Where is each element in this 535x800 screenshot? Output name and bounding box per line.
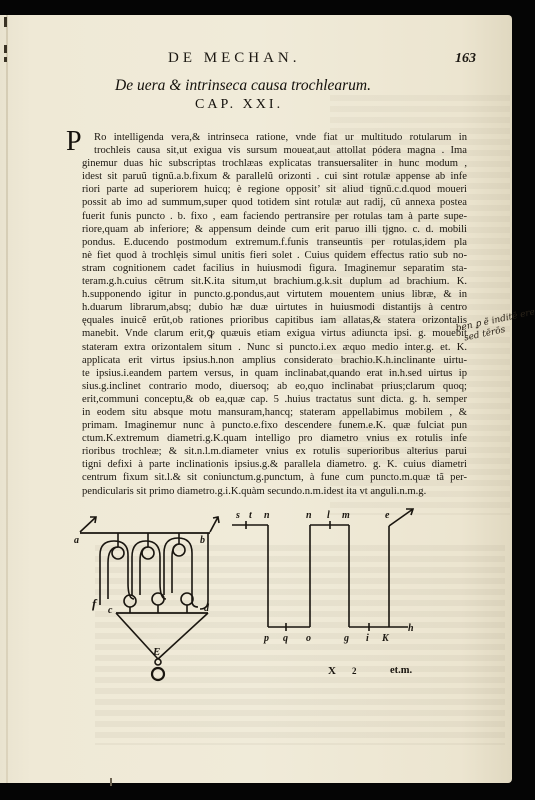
pulley-diagram: a b c d f E — [68, 503, 228, 683]
label-e: E — [152, 646, 160, 658]
text-line: trochleis causa sit,ut exigua vis sursum… — [82, 144, 467, 157]
body-text: Ro intelligenda vera,& intrinseca ration… — [82, 131, 467, 498]
label-v: n — [264, 510, 270, 521]
text-line: h.supponendo igitur in puncto.g.pondus,a… — [82, 288, 467, 301]
text-line: applicata erit virtus ipsius.h.non ampli… — [82, 354, 467, 367]
gutter-mark — [4, 17, 7, 27]
signature-number: 2 — [352, 666, 357, 676]
text-line: centrum fixum sit.l.& sit coniunctum.g.p… — [82, 471, 467, 484]
text-line: erit,communi conceptu,& ob ea,quæ cap. 5… — [82, 393, 467, 406]
text-line: in eodem situ absque motu mansuram,hancq… — [82, 406, 467, 419]
label-f: f — [92, 596, 98, 611]
label-c: c — [108, 605, 113, 616]
text-line: Ro intelligenda vera,& intrinseca ration… — [82, 131, 467, 144]
text-line: te ipsius.i.eandem partem versus, in qua… — [82, 367, 467, 380]
text-line: teram.g.h.cuius cẽtrum sit.K.ita situm,u… — [82, 275, 467, 288]
label-a: a — [74, 535, 79, 546]
label-h: h — [408, 623, 414, 634]
label-i: i — [366, 633, 369, 644]
chapter-title: De uera & intrinseca causa trochlearum. — [115, 77, 371, 95]
text-line: primam. Imaginemur nunc à puncto.e.fixo … — [82, 419, 467, 432]
label-d: d — [204, 603, 210, 614]
text-line: ginemur duas hic subscriptas trochlæas e… — [82, 157, 467, 170]
text-line: ctum.K.extremum diametri.g.K.quam intell… — [82, 432, 467, 445]
label-m: m — [342, 510, 350, 521]
label-g: g — [343, 633, 349, 644]
running-head: DE MECHAN. 163 — [0, 50, 512, 70]
label-q: q — [283, 633, 288, 644]
text-line: manebit. Vnde clarum erit,ꝙ quæuis etiam… — [82, 327, 467, 340]
label-o: o — [306, 633, 311, 644]
drop-cap: P — [66, 128, 82, 156]
label-s: s — [235, 510, 240, 521]
catchword: et.m. — [390, 665, 412, 676]
lever-diagram: s t n n l m e p q o g i K h — [232, 505, 422, 645]
text-line: riore,quam ab inferiore; & appensum dein… — [82, 223, 467, 236]
label-b: b — [200, 535, 205, 546]
label-l: l — [327, 510, 330, 521]
text-line: possit ab imo ad summum,super quod totid… — [82, 196, 467, 209]
text-line: riori parte ad superiorem huicq; è regio… — [82, 183, 467, 196]
text-line: pondus. E.ducendo postmodum extremum.f.f… — [82, 236, 467, 249]
text-line: pendicularis sit primo diametro.g.i.K.qu… — [82, 485, 467, 498]
running-head-title: DE MECHAN. — [168, 50, 301, 67]
page-gutter — [6, 15, 8, 783]
text-line: stateram extra orizontalem situm . Nunc … — [82, 341, 467, 354]
text-line: h.duarum librarum,absq; dubio hæ duæ uir… — [82, 301, 467, 314]
signature-mark: X 2 et.m. — [328, 665, 336, 677]
text-line: stram cognitionem cadet facilius in huiu… — [82, 262, 467, 275]
signature-letter: X — [328, 665, 336, 677]
page-mark — [110, 778, 112, 786]
text-line: sius.g.inclinet contrario modo, diuersoq… — [82, 380, 467, 393]
label-k: K — [381, 633, 390, 644]
page-number: 163 — [455, 51, 476, 67]
text-line: nè fiet quod à trochlęis simul unitis fi… — [82, 249, 467, 262]
label-p: p — [263, 633, 269, 644]
text-line: fuerit funis puncto . b. fixo , eam faci… — [82, 210, 467, 223]
label-n: n — [306, 510, 312, 521]
label-t: t — [249, 510, 253, 521]
text-line: idest sit paruũ tignũ.a.b.fixum & parall… — [82, 170, 467, 183]
text-line: ęquales inuicẽ erũt,ob rationes prioribu… — [82, 314, 467, 327]
label-e: e — [385, 510, 390, 521]
text-line: rioribus trochleæ; & sit.n.l.m.diameter … — [82, 445, 467, 458]
text-line: tigni defixi à parte inclinationis ipsiu… — [82, 458, 467, 471]
chapter-number: CAP. XXI. — [195, 97, 283, 113]
